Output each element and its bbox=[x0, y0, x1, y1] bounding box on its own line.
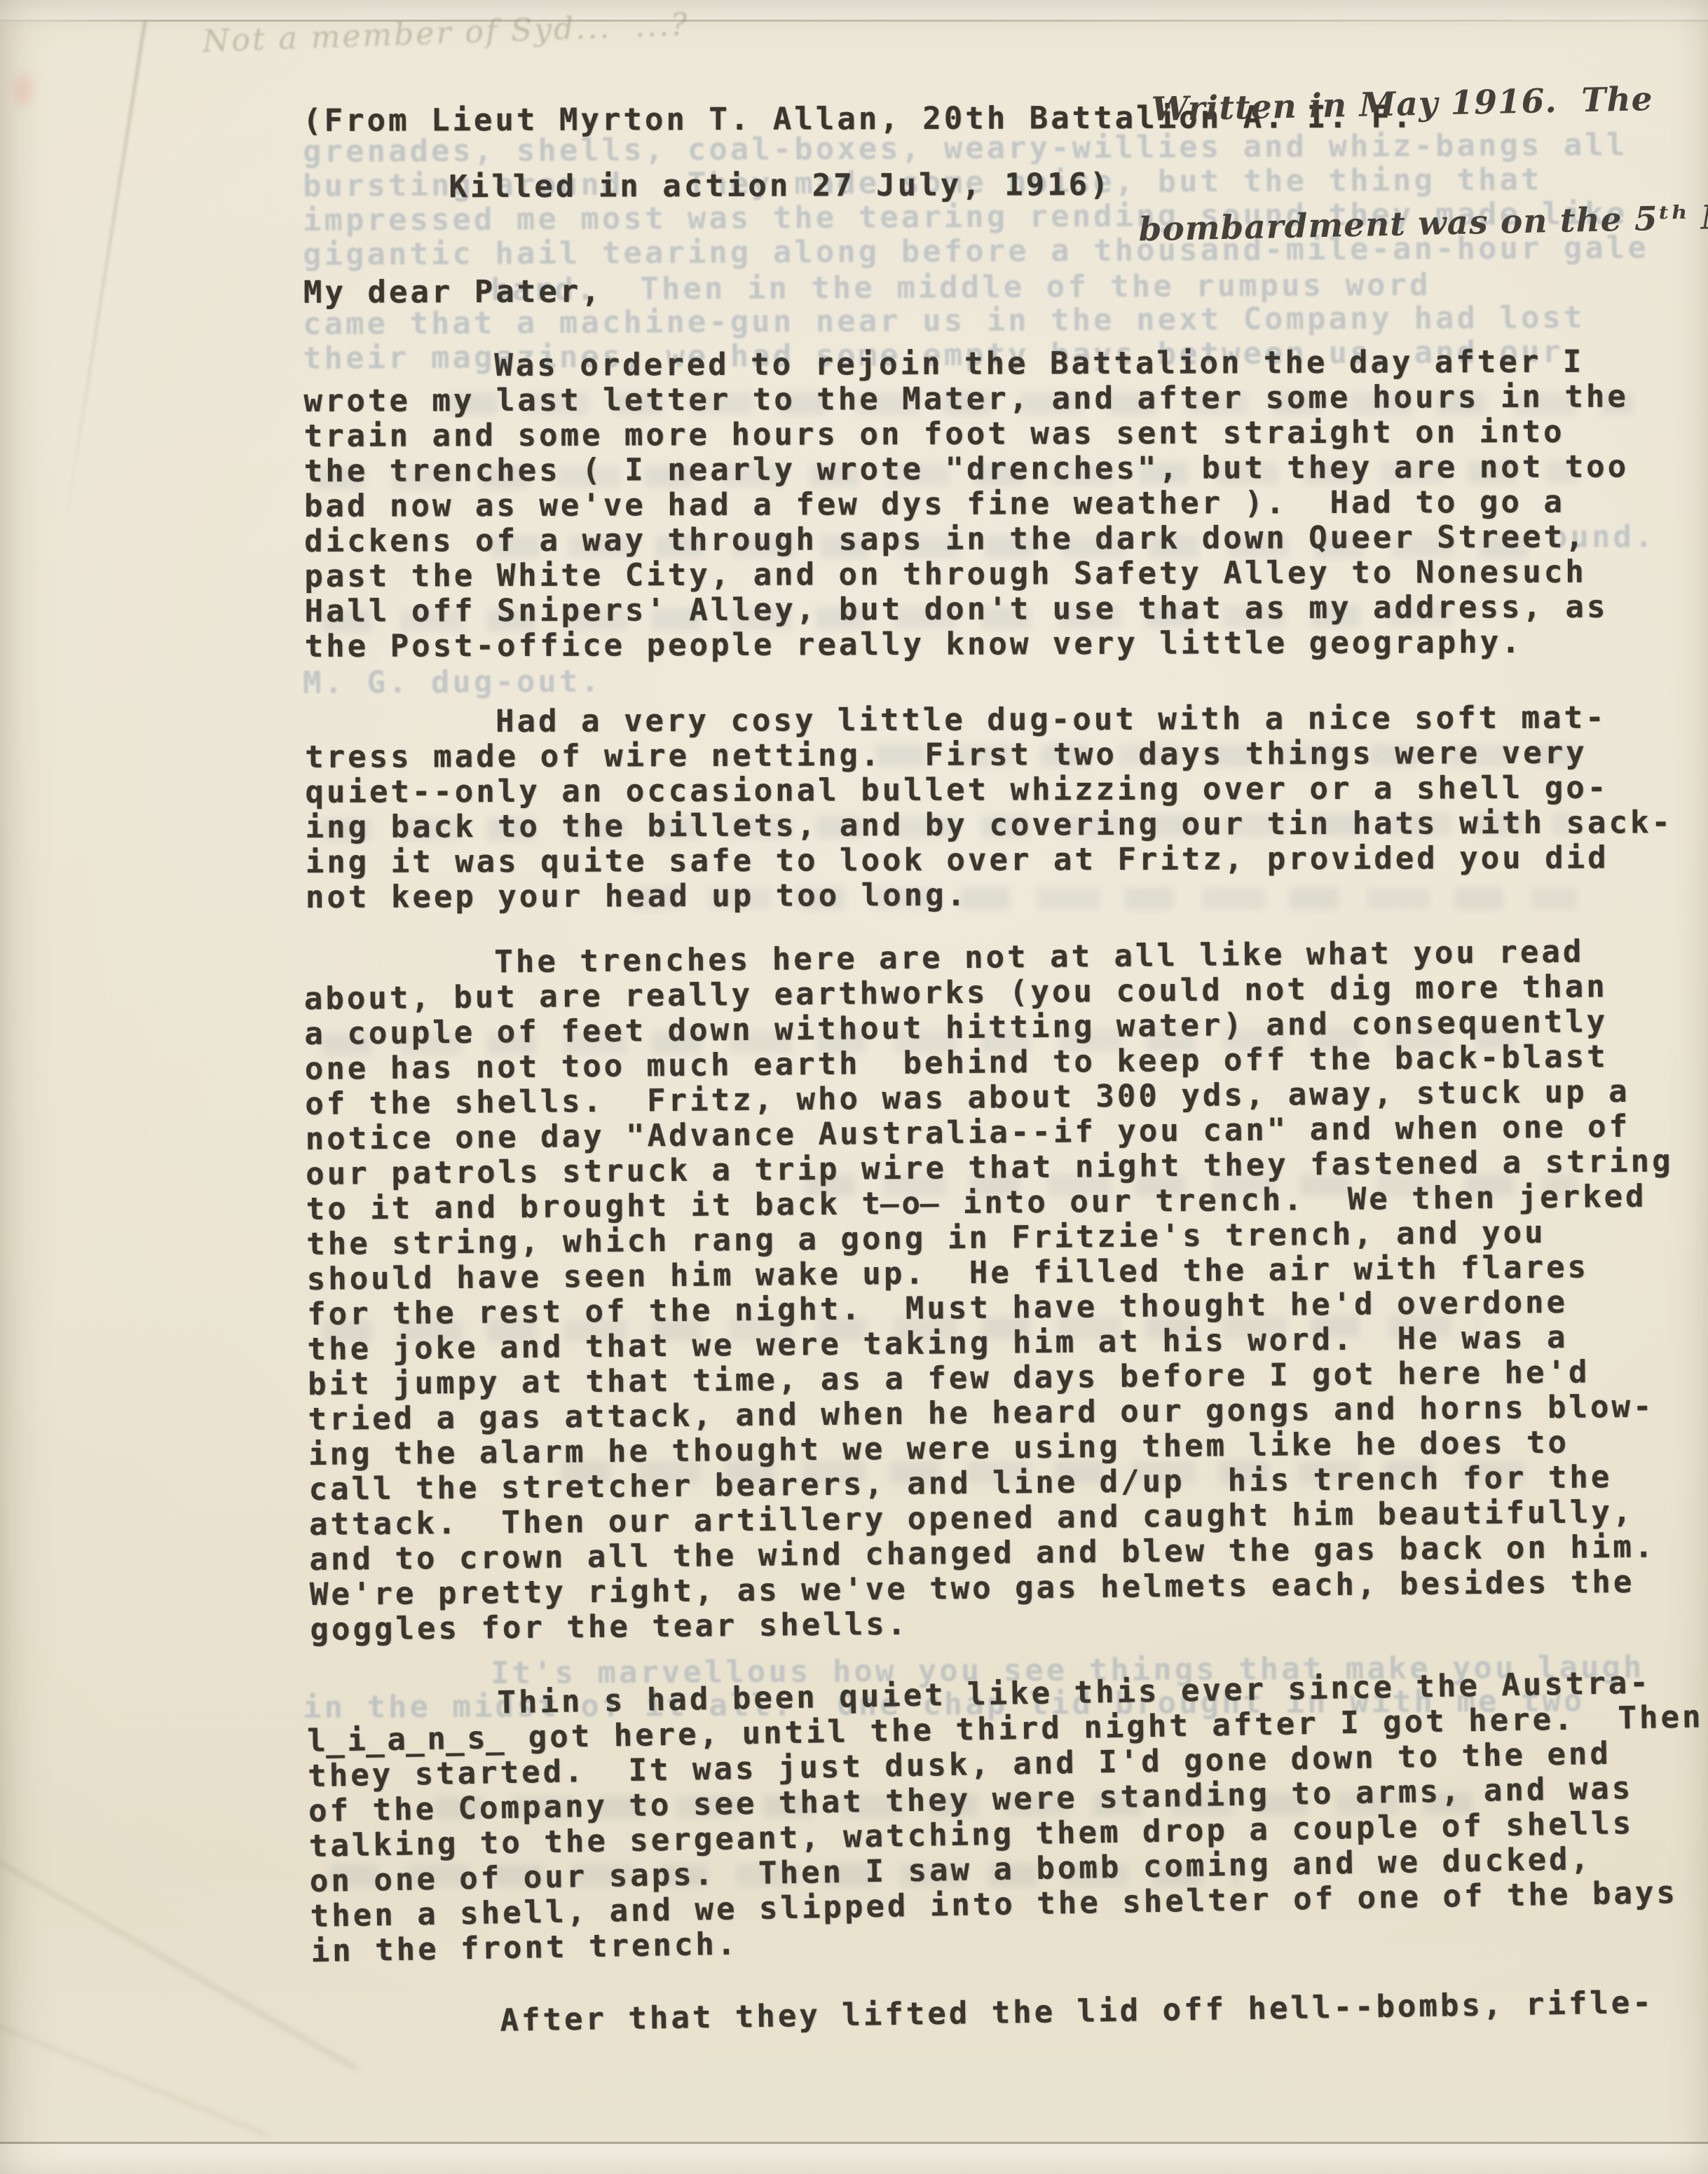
typed-line: ing it was quite safe to look over at Fr… bbox=[306, 840, 1690, 880]
typed-line: dickens of a way through saps in the dar… bbox=[304, 519, 1688, 559]
typed-line: wrote my last letter to the Mater, and a… bbox=[303, 379, 1688, 419]
ink-annotation: Written in May 1916. The bombardment was… bbox=[1149, 0, 1708, 329]
typed-line: Was ordered to rejoin the Battalion the … bbox=[303, 344, 1688, 384]
closing-line: After that they lifted the lid off hell-… bbox=[309, 1985, 1694, 2042]
typed-line: not keep your head up too long. bbox=[306, 875, 1690, 915]
typed-line: the trenches ( I nearly wrote "drenches"… bbox=[304, 449, 1688, 489]
typed-line: the Post-office people really know very … bbox=[305, 624, 1689, 664]
paragraph: The trenches here are not at all like wh… bbox=[303, 934, 1695, 1648]
typed-line: Hall off Snipers' Alley, but don't use t… bbox=[304, 589, 1688, 629]
scanned-letter-page: grenades, shells, coal-boxes, weary-will… bbox=[0, 0, 1708, 2174]
typed-line: train and some more hours on foot was se… bbox=[304, 414, 1688, 454]
typed-line: ing back to the billets, and by covering… bbox=[306, 805, 1690, 845]
ink-annotation-line1: Written in May 1916. The bbox=[1151, 76, 1708, 130]
typed-letter-body: (From Lieut Myrton T. Allan, 20th Battal… bbox=[303, 99, 1694, 2042]
typed-line: past the White City, and on through Safe… bbox=[304, 554, 1688, 594]
typed-line: quiet--only an occasional bullet whizzin… bbox=[305, 770, 1689, 810]
typed-line: Had a very cosy little dug-out with a ni… bbox=[305, 700, 1689, 740]
typed-line: tress made of wire netting. First two da… bbox=[305, 735, 1689, 775]
paragraph: Thin s had been quiet like this ever sin… bbox=[306, 1665, 1695, 1969]
letter-paragraphs: Was ordered to rejoin the Battalion the … bbox=[303, 344, 1693, 1969]
paragraph: Had a very cosy little dug-out with a ni… bbox=[305, 700, 1690, 915]
ink-annotation-line2: bombardment was on the 5ᵗʰ May. bbox=[1138, 196, 1708, 249]
paragraph: Was ordered to rejoin the Battalion the … bbox=[303, 344, 1689, 664]
typed-line: bad now as we've had a few dys fine weat… bbox=[304, 484, 1688, 524]
